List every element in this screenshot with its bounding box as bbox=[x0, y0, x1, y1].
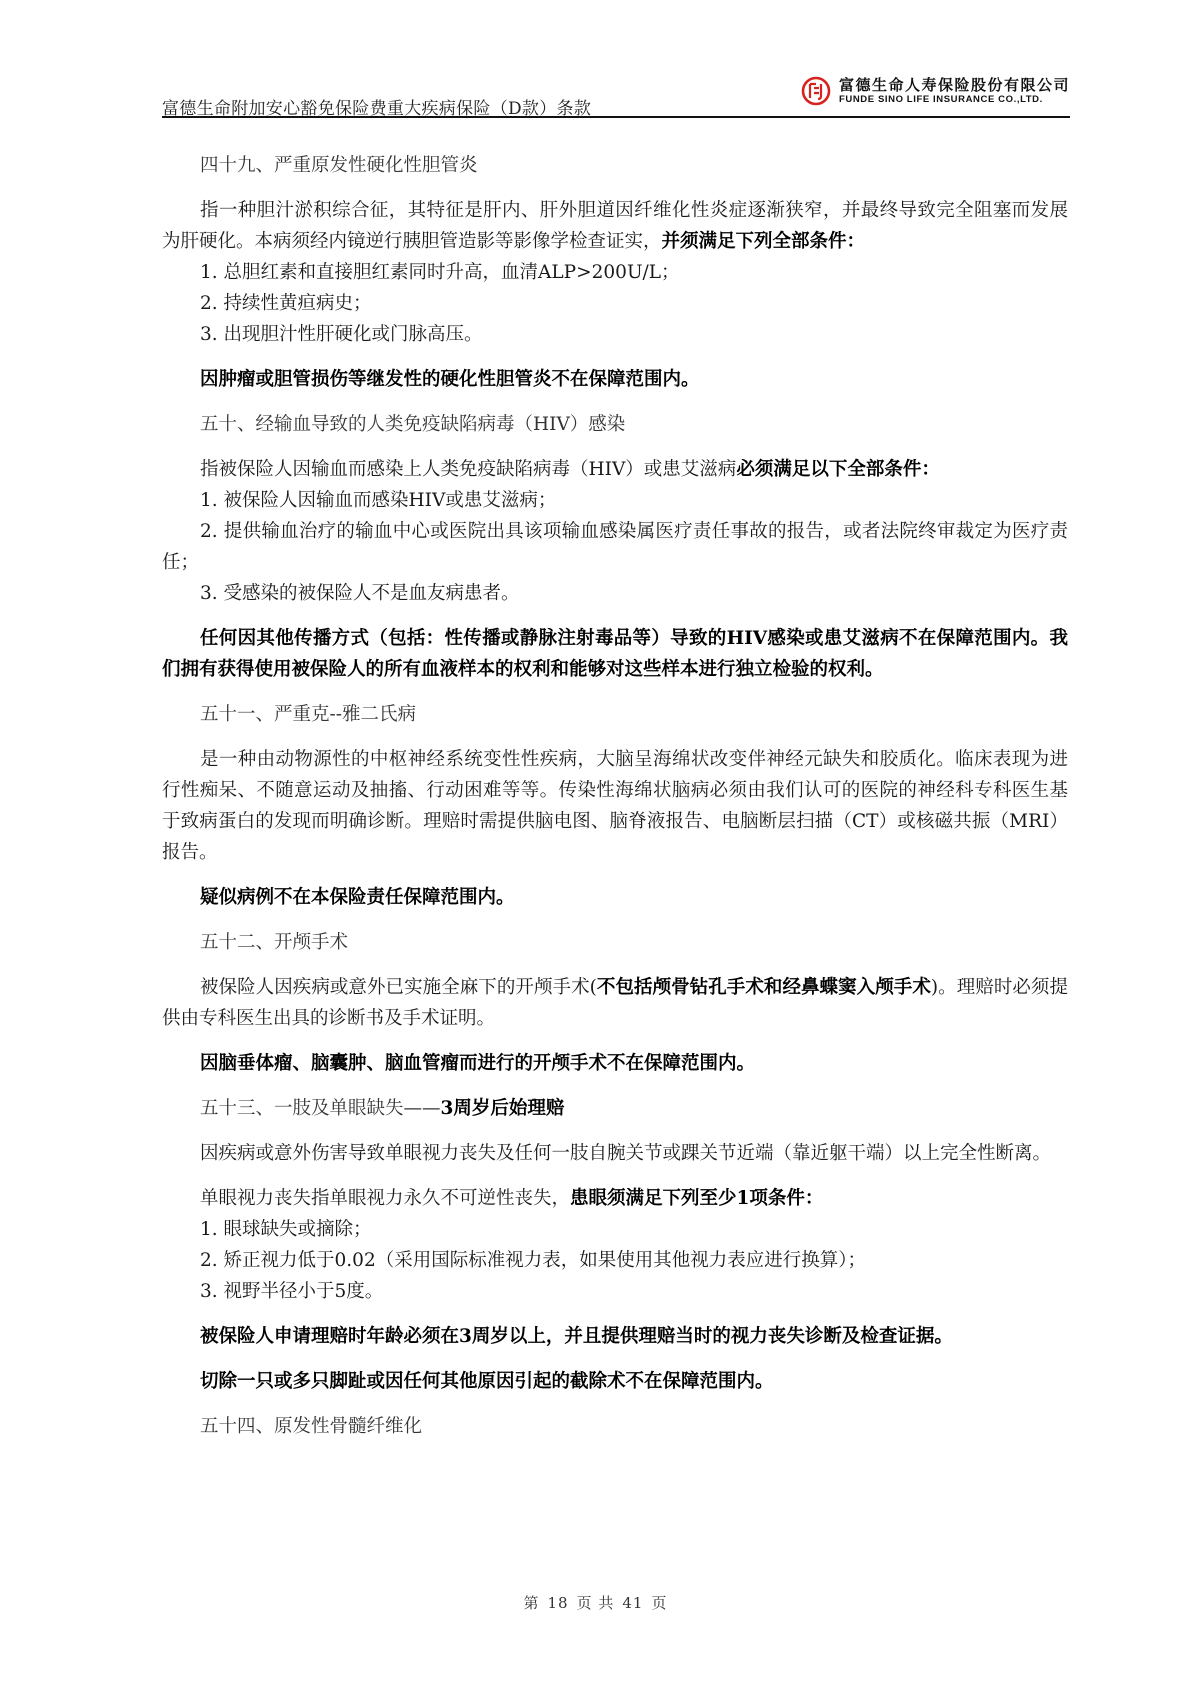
section-heading: 五十四、原发性骨髓纤维化 bbox=[162, 1411, 1068, 1442]
list-item: 1. 被保险人因输血而感染HIV或患艾滋病； bbox=[162, 485, 1068, 516]
total-pages: 41 bbox=[622, 1594, 643, 1612]
list-item: 2. 持续性黄疸病史； bbox=[162, 288, 1068, 319]
page-header: 富德生命附加安心豁免保险费重大疾病保险（D款）条款 富德生命人寿保险股份有限公司… bbox=[162, 70, 1070, 118]
exclusion-note: 因肿瘤或胆管损伤等继发性的硬化性胆管炎不在保障范围内。 bbox=[162, 364, 1068, 395]
section-heading: 五十二、开颅手术 bbox=[162, 927, 1068, 958]
list-item: 3. 出现胆汁性肝硬化或门脉高压。 bbox=[162, 319, 1068, 350]
current-page: 18 bbox=[548, 1594, 569, 1612]
list-item: 3. 受感染的被保险人不是血友病患者。 bbox=[162, 578, 1068, 609]
company-name-cn: 富德生命人寿保险股份有限公司 bbox=[839, 76, 1070, 94]
section-heading: 五十一、严重克--雅二氏病 bbox=[162, 699, 1068, 730]
list-item: 2. 矫正视力低于0.02（采用国际标准视力表，如果使用其他视力表应进行换算）； bbox=[162, 1245, 1068, 1276]
section-description: 是一种由动物源性的中枢神经系统变性性疾病，大脑呈海绵状改变伴神经元缺失和胶质化。… bbox=[162, 744, 1068, 868]
exclusion-note: 疑似病例不在本保险责任保障范围内。 bbox=[162, 882, 1068, 913]
list-item: 1. 眼球缺失或摘除； bbox=[162, 1214, 1068, 1245]
exclusion-note: 任何因其他传播方式（包括：性传播或静脉注射毒品等）导致的HIV感染或患艾滋病不在… bbox=[162, 623, 1068, 685]
section-description: 单眼视力丧失指单眼视力永久不可逆性丧失，患眼须满足下列至少1项条件： bbox=[162, 1183, 1068, 1214]
exclusion-note: 切除一只或多只脚趾或因任何其他原因引起的截除术不在保障范围内。 bbox=[162, 1366, 1068, 1397]
section-heading: 五十三、一肢及单眼缺失——3周岁后始理赔 bbox=[162, 1093, 1068, 1124]
list-item: 2. 提供输血治疗的输血中心或医院出具该项输血感染属医疗责任事故的报告，或者法院… bbox=[162, 516, 1068, 578]
header-divider bbox=[162, 116, 1070, 118]
exclusion-note: 因脑垂体瘤、脑囊肿、脑血管瘤而进行的开颅手术不在保障范围内。 bbox=[162, 1048, 1068, 1079]
list-item: 3. 视野半径小于5度。 bbox=[162, 1276, 1068, 1307]
list-item: 1. 总胆红素和直接胆红素同时升高，血清ALP>200U/L； bbox=[162, 257, 1068, 288]
exclusion-note: 被保险人申请理赔时年龄必须在3周岁以上，并且提供理赔当时的视力丧失诊断及检查证据… bbox=[162, 1321, 1068, 1352]
section-description: 指一种胆汁淤积综合征，其特征是肝内、肝外胆道因纤维化性炎症逐渐狭窄，并最终导致完… bbox=[162, 195, 1068, 257]
section-heading: 四十九、严重原发性硬化性胆管炎 bbox=[162, 150, 1068, 181]
section-description: 被保险人因疾病或意外已实施全麻下的开颅手术(不包括颅骨钻孔手术和经鼻蝶窦入颅手术… bbox=[162, 972, 1068, 1034]
funde-logo-icon bbox=[801, 76, 831, 106]
company-logo: 富德生命人寿保险股份有限公司 FUNDE SINO LIFE INSURANCE… bbox=[801, 70, 1070, 112]
document-body: 四十九、严重原发性硬化性胆管炎 指一种胆汁淤积综合征，其特征是肝内、肝外胆道因纤… bbox=[162, 150, 1068, 1442]
section-description: 因疾病或意外伤害导致单眼视力丧失及任何一肢自腕关节或踝关节近端（靠近躯干端）以上… bbox=[162, 1138, 1068, 1169]
page-number: 第18页 共41页 bbox=[0, 1592, 1191, 1613]
section-description: 指被保险人因输血而感染上人类免疫缺陷病毒（HIV）或患艾滋病必须满足以下全部条件… bbox=[162, 454, 1068, 485]
company-name-en: FUNDE SINO LIFE INSURANCE CO.,LTD. bbox=[839, 94, 1070, 106]
section-heading: 五十、经输血导致的人类免疫缺陷病毒（HIV）感染 bbox=[162, 409, 1068, 440]
